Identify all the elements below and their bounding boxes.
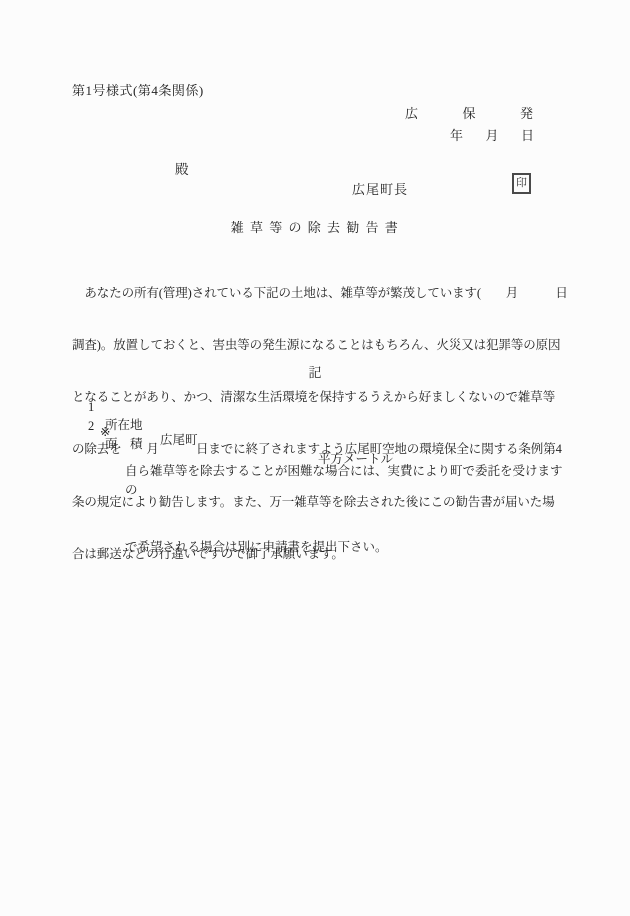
item-row-location: 1 所在地 広尾町	[0, 385, 630, 402]
form-number-label: 第1号様式(第4条関係)	[72, 80, 204, 99]
ref-char-hatsu: 発	[520, 103, 533, 122]
issuer-name: 広尾町長	[352, 179, 408, 198]
note-line: 自ら雑草等を除去することが困難な場合には、実費により町で委託を受けますの	[125, 462, 570, 500]
body-line: 調査)。放置しておくと、害虫等の発生源になることはもちろん、火災又は犯罪等の原因	[72, 337, 572, 354]
document-title: 雑 草 等 の 除 去 勧 告 書	[0, 217, 630, 236]
seal-mark: 印	[516, 178, 527, 189]
note-line: で希望される場合は別に申請書を提出下さい。	[125, 538, 570, 557]
body-line: あなたの所有(管理)されている下記の土地は、雑草等が繁茂しています( 月 日	[72, 285, 572, 302]
item-row-area: 2 面 積 平方メートル	[0, 404, 630, 421]
date-month-label: 月	[485, 125, 498, 144]
ref-char-hiro: 広	[405, 103, 418, 122]
date-line: 年 月 日	[450, 125, 534, 144]
note-paragraph: 自ら雑草等を除去することが困難な場合には、実費により町で委託を受けますの で希望…	[125, 424, 570, 595]
date-day-label: 日	[521, 125, 534, 144]
date-year-label: 年	[450, 125, 463, 144]
item-number: 2	[88, 419, 94, 434]
reference-number-line: 広 保 発	[405, 103, 533, 122]
note-marker: ※	[100, 424, 110, 440]
record-heading: 記	[72, 362, 558, 381]
seal-placeholder-box: 印	[512, 173, 531, 194]
ref-char-ho: 保	[462, 103, 475, 122]
document-page: 第1号様式(第4条関係) 広 保 発 年 月 日 殿 広尾町長 印 雑 草 等 …	[0, 0, 630, 916]
addressee-honorific: 殿	[175, 158, 189, 178]
